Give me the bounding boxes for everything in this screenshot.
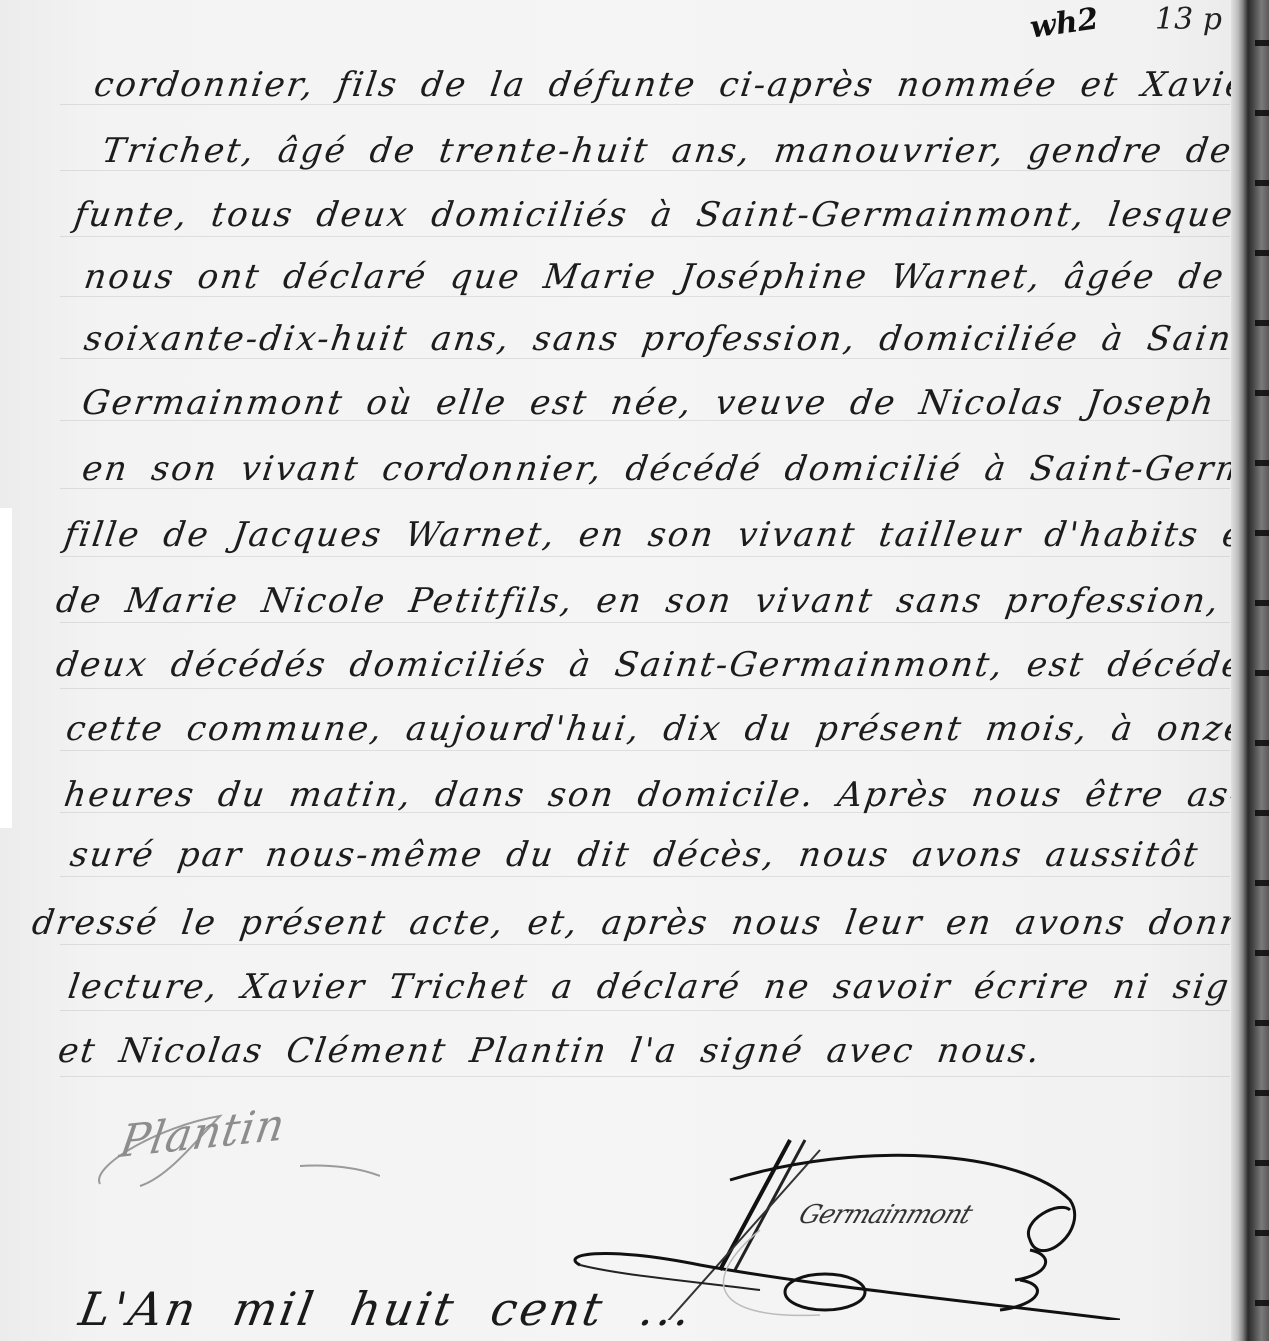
ruled-line [60,1076,1230,1077]
ruled-line [60,622,1230,623]
text-line-16: et Nicolas Clément Plantin l'a signé ave… [56,1034,1043,1068]
folio-mark: 13 p [1155,2,1222,37]
text-line-7: en son vivant cordonnier, décédé domicil… [80,452,1269,486]
ruled-line [60,876,1230,877]
text-line-8: fille de Jacques Warnet, en son vivant t… [62,518,1263,552]
text-line-2: Trichet, âgé de trente-huit ans, manouvr… [100,134,1269,168]
text-line-3: funte, tous deux domiciliés à Saint-Germ… [72,198,1269,232]
text-line-6: Germainmont où elle est née, veuve de Ni… [80,386,1269,420]
text-line-15: lecture, Xavier Trichet a déclaré ne sav… [66,970,1269,1004]
text-line-4: nous ont déclaré que Marie Joséphine War… [82,260,1227,294]
ruled-line [60,688,1230,689]
margin-note: wh2 [1028,1,1101,45]
ruled-line [60,1010,1230,1011]
text-line-13: suré par nous-même du dit décès, nous av… [68,838,1202,872]
binding-texture [1255,0,1269,1341]
ruled-line [60,236,1230,237]
text-line-11: cette commune, aujourd'hui, dix du prése… [64,712,1249,746]
ruled-line [60,944,1230,945]
scan-artifact [0,508,12,828]
document-page: wh2 13 p cordonnier, fils de la défunte … [0,0,1269,1341]
text-line-5: soixante-dix-huit ans, sans profession, … [82,322,1265,356]
text-line-12: heures du matin, dans son domicile. Aprè… [62,778,1246,812]
ruled-line [60,750,1230,751]
text-line-10: deux décédés domiciliés à Saint-Germainm… [54,648,1269,682]
next-entry-heading: L'An mil huit cent ... [75,1282,698,1336]
text-line-1: cordonnier, fils de la défunte ci-après … [92,68,1268,102]
text-line-9: de Marie Nicole Petitfils, en son vivant… [54,584,1269,618]
signature-right: Germainmont [795,1200,976,1230]
text-line-14: dressé le présent acte, et, après nous l… [30,906,1269,940]
ruled-line [60,556,1230,557]
